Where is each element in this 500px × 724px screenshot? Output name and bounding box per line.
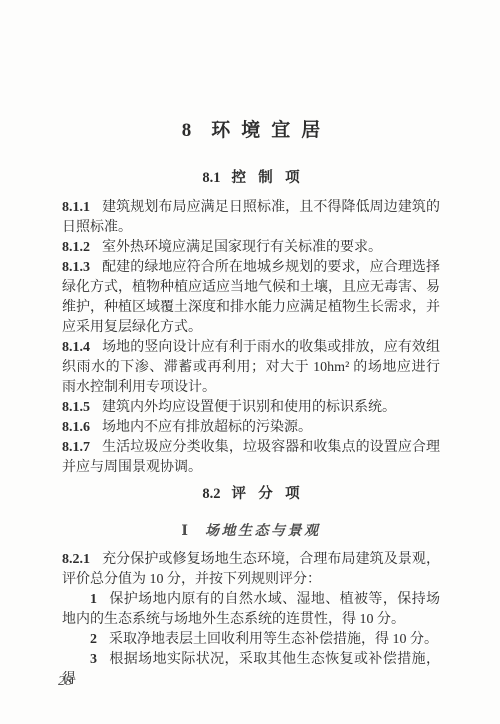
subitem-number: 3 — [90, 652, 97, 667]
clause-text: 场地的竖向设计应有利于雨水的收集或排放，应有效组织雨水的下渗、滞蓄或再利用；对大… — [62, 340, 440, 395]
clause-text: 场地内不应有排放超标的污染源。 — [102, 420, 312, 435]
clause-number: 8.1.3 — [62, 260, 90, 275]
clause-text: 生活垃圾应分类收集，垃圾容器和收集点的设置应合理并应与周围景观协调。 — [62, 440, 440, 475]
clause-number: 8.1.4 — [62, 340, 90, 355]
section-title: 评分项 — [231, 486, 311, 502]
chapter-heading: 8环境宜居 — [62, 120, 440, 142]
section-number: 8.1 — [202, 170, 220, 186]
section-heading-8-1: 8.1控制项 — [62, 168, 440, 188]
clause-8-1-6: 8.1.6场地内不应有排放超标的污染源。 — [62, 418, 440, 438]
clause-number: 8.1.1 — [62, 200, 90, 215]
clause-8-1-2: 8.1.2室外热环境应满足国家现行有关标准的要求。 — [62, 238, 440, 258]
subitem-text: 根据场地实际状况，采取其他生态恢复或补偿措施，得 — [62, 652, 440, 687]
clause-text: 充分保护或修复场地生态环境，合理布局建筑及景观，评价总分值为 10 分，并按下列… — [62, 552, 440, 587]
clause-text: 室外热环境应满足国家现行有关标准的要求。 — [102, 240, 382, 255]
clause-8-1-7: 8.1.7生活垃圾应分类收集，垃圾容器和收集点的设置应合理并应与周围景观协调。 — [62, 438, 440, 478]
clause-8-1-1: 8.1.1建筑规划布局应满足日照标准，且不得降低周边建筑的日照标准。 — [62, 198, 440, 238]
section-number: 8.2 — [202, 486, 220, 502]
clause-8-1-5: 8.1.5建筑内外均应设置便于识别和使用的标识系统。 — [62, 398, 440, 418]
clause-number: 8.2.1 — [62, 552, 90, 567]
clause-8-2-1: 8.2.1充分保护或修复场地生态环境，合理布局建筑及景观，评价总分值为 10 分… — [62, 550, 440, 590]
clause-8-1-3: 8.1.3配建的绿地应符合所在地城乡规划的要求，应合理选择绿化方式，植物种植应适… — [62, 258, 440, 338]
subsection-heading: Ⅰ场地生态与景观 — [62, 522, 440, 542]
clause-text: 建筑内外均应设置便于识别和使用的标识系统。 — [102, 400, 396, 415]
chapter-title: 环境宜居 — [211, 120, 331, 141]
clause-text: 配建的绿地应符合所在地城乡规划的要求，应合理选择绿化方式，植物种植应适应当地气候… — [62, 260, 440, 335]
subitem-1: 1保护场地内原有的自然水域、湿地、植被等，保持场地内的生态系统与场地外生态系统的… — [62, 590, 440, 630]
page-number: 28 — [58, 674, 72, 690]
section-heading-8-2: 8.2评分项 — [62, 484, 440, 504]
subitem-number: 2 — [90, 632, 97, 647]
subitem-text: 保护场地内原有的自然水域、湿地、植被等，保持场地内的生态系统与场地外生态系统的连… — [62, 592, 440, 627]
clause-text: 建筑规划布局应满足日照标准，且不得降低周边建筑的日照标准。 — [62, 200, 440, 235]
clause-number: 8.1.7 — [62, 440, 90, 455]
subsection-title: 场地生态与景观 — [205, 524, 321, 539]
subitem-number: 1 — [90, 592, 97, 607]
subitem-2: 2采取净地表层土回收利用等生态补偿措施，得 10 分。 — [62, 630, 440, 650]
section-8-2-clauses: 8.2.1充分保护或修复场地生态环境，合理布局建筑及景观，评价总分值为 10 分… — [62, 550, 440, 690]
clause-number: 8.1.5 — [62, 400, 90, 415]
subsection-roman-numeral: Ⅰ — [181, 524, 188, 539]
clause-8-1-4: 8.1.4场地的竖向设计应有利于雨水的收集或排放，应有效组织雨水的下渗、滞蓄或再… — [62, 338, 440, 398]
document-page: 8环境宜居 8.1控制项 8.1.1建筑规划布局应满足日照标准，且不得降低周边建… — [0, 0, 500, 724]
clause-number: 8.1.6 — [62, 420, 90, 435]
chapter-number: 8 — [182, 120, 192, 141]
clause-number: 8.1.2 — [62, 240, 90, 255]
subitem-3: 3根据场地实际状况，采取其他生态恢复或补偿措施，得 — [62, 650, 440, 690]
subitem-text: 采取净地表层土回收利用等生态补偿措施，得 10 分。 — [109, 632, 438, 647]
section-title: 控制项 — [231, 170, 311, 186]
section-8-1-clauses: 8.1.1建筑规划布局应满足日照标准，且不得降低周边建筑的日照标准。 8.1.2… — [62, 198, 440, 478]
